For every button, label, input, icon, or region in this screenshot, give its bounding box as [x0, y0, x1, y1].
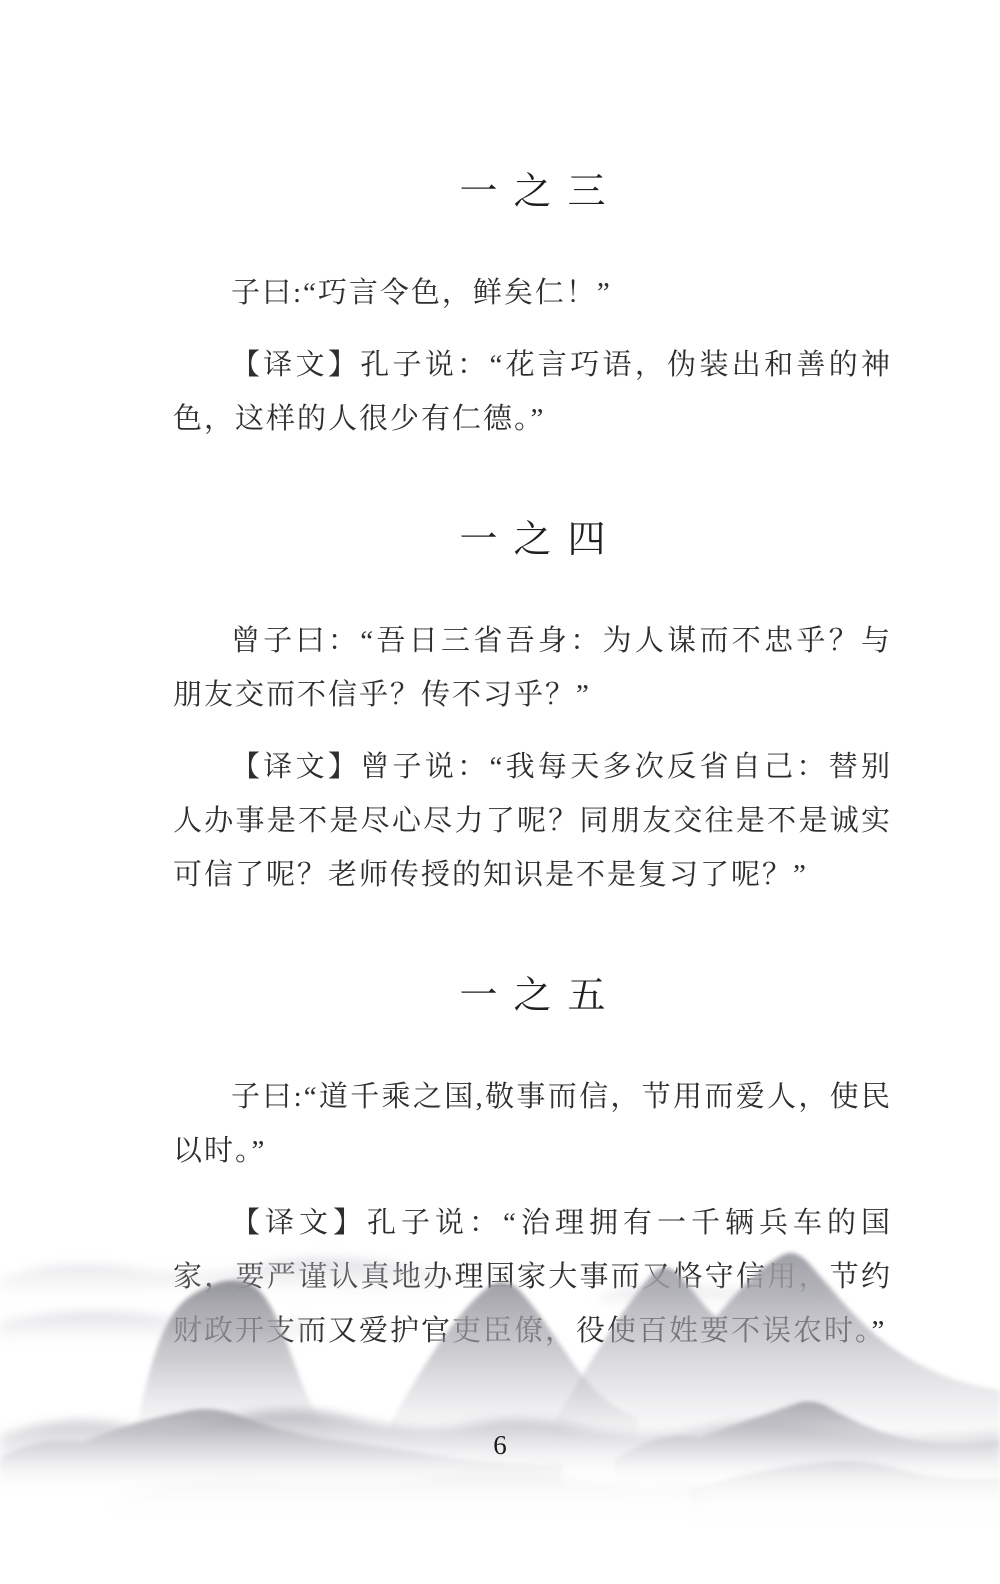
page-number: 6	[0, 1430, 1000, 1461]
translation-text-1-4: 【译文】曾子说：“我每天多次反省自己：替别人办事是不是尽心尽力了呢？同朋友交往是…	[173, 740, 892, 902]
original-text-1-3: 子曰:“巧言令色，鲜矣仁！”	[173, 266, 892, 320]
translation-text-1-5: 【译文】孔子说：“治理拥有一千辆兵车的国家，要严谨认真地办理国家大事而又恪守信用…	[173, 1196, 892, 1358]
translation-text-1-3: 【译文】孔子说：“花言巧语，伪装出和善的神色，这样的人很少有仁德。”	[173, 338, 892, 446]
original-text-1-5: 子曰:“道千乘之国,敬事而信，节用而爱人，使民以时。”	[173, 1070, 892, 1178]
section-heading-1-3: 一之三	[173, 168, 892, 216]
book-page: 一之三 子曰:“巧言令色，鲜矣仁！” 【译文】孔子说：“花言巧语，伪装出和善的神…	[0, 0, 1000, 1584]
page-content: 一之三 子曰:“巧言令色，鲜矣仁！” 【译文】孔子说：“花言巧语，伪装出和善的神…	[173, 168, 892, 1374]
section-heading-1-4: 一之四	[173, 516, 892, 564]
section-heading-1-5: 一之五	[173, 972, 892, 1020]
original-text-1-4: 曾子曰：“吾日三省吾身：为人谋而不忠乎？与朋友交而不信乎？传不习乎？”	[173, 614, 892, 722]
